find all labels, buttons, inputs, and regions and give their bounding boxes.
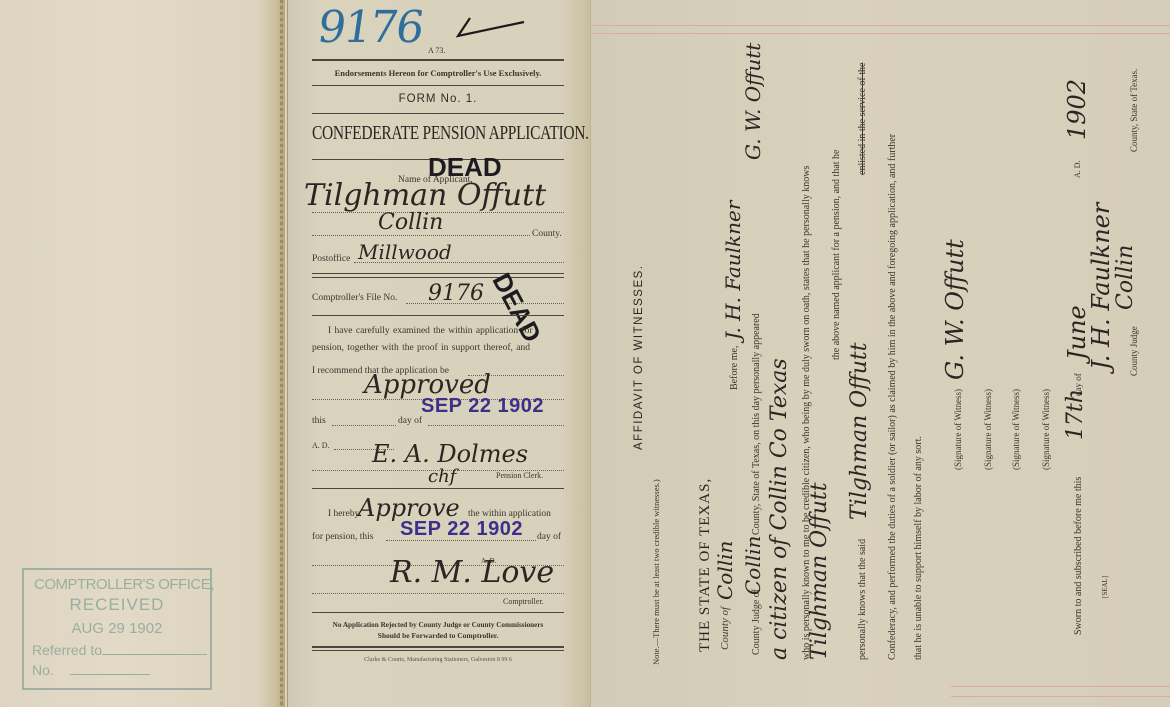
sworn-ad-label: A. D. — [1073, 160, 1082, 178]
before-me-label: Before me, — [729, 346, 740, 390]
judge-county-value: Collin — [1113, 245, 1138, 310]
sworn-year-value: 1902 — [1063, 79, 1091, 140]
postoffice-value: Millwood — [358, 240, 452, 264]
witness-signature-label-3: (Signature of Witness) — [1011, 389, 1021, 470]
day-of-label-2: day of — [537, 532, 561, 542]
divider — [312, 277, 564, 278]
divider — [312, 59, 564, 61]
county-label: County. — [532, 229, 562, 239]
ad-label: A. D. — [312, 441, 330, 450]
stamp-no-line — [70, 674, 150, 675]
file-no-line — [406, 303, 564, 304]
witness-signature-label-1: (Signature of Witness) — [953, 389, 963, 470]
stamp-referred-line — [102, 654, 207, 655]
county-judge-of-label: County Judge of — [751, 589, 762, 655]
examined-text-line2: pension, together with the proof in supp… — [312, 343, 530, 353]
seal-label: [SEAL] — [1101, 576, 1109, 598]
witness-signature-label-4: (Signature of Witness) — [1041, 389, 1051, 470]
comptroller-signature-line — [312, 593, 564, 594]
judge-signature: J. H. Faulkner — [1087, 203, 1115, 370]
pension-clerk-label: Pension Clerk. — [496, 471, 543, 480]
state-heading: THE STATE OF TEXAS, — [697, 478, 714, 652]
postoffice-line — [354, 262, 564, 263]
file-no-label: Comptroller's File No. — [312, 293, 397, 303]
sworn-label: Sworn to and subscribed before me this — [1073, 477, 1084, 635]
comptroller-label: Comptroller. — [503, 597, 544, 606]
divider — [312, 612, 564, 613]
check-mark-icon — [456, 14, 528, 38]
before-me-value: J. H. Faulkner — [721, 201, 745, 340]
applicant-name: Tilghman Offutt — [304, 178, 546, 213]
stamp-referred-label: Referred to — [32, 642, 102, 658]
approve-date-stamp: SEP 22 1902 — [400, 518, 523, 541]
divider — [312, 85, 564, 86]
margin-rule — [591, 25, 1170, 26]
pension-clerk-sub: chf — [428, 466, 456, 487]
stamp-office-label: COMPTROLLER'S OFFICE, — [34, 576, 214, 593]
county-judge-label: County Judge — [1129, 326, 1139, 376]
margin-rule — [951, 696, 1170, 697]
county-state-appeared-label: County, State of Texas, on this day pers… — [751, 313, 762, 535]
sworn-day-value: 17th — [1063, 389, 1088, 440]
affidavit-panel: AFFIDAVIT OF WITNESSES. Note.—There must… — [590, 0, 1170, 707]
pension-clerk-signature: E. A. Dolmes — [372, 440, 528, 468]
postoffice-label: Postoffice — [312, 254, 350, 264]
divider — [312, 646, 564, 648]
personally-know-label: personally knows that the said — [857, 539, 868, 660]
handwritten-file-number: 9176 — [314, 2, 425, 53]
for-pension-label: for pension, this — [312, 532, 373, 542]
confederacy-line: Confederacy, and performed the duties of… — [887, 134, 898, 660]
unable-line: that he is unable to support himself by … — [913, 436, 924, 660]
county-judge-of-value: Collin — [741, 536, 765, 595]
above-named-line: the above named applicant for a pension,… — [831, 150, 842, 360]
stamp-no-row: No. — [32, 662, 150, 678]
witness-signature-label-2: (Signature of Witness) — [983, 389, 993, 470]
citizen-line: a citizen of Collin Co Texas — [767, 358, 792, 660]
divider — [312, 650, 564, 651]
received-stamp: COMPTROLLER'S OFFICE, RECEIVED AUG 29 19… — [22, 568, 212, 690]
affidavit-heading: AFFIDAVIT OF WITNESSES. — [633, 264, 645, 450]
county-state-texas-label: County, State of Texas. — [1129, 69, 1139, 152]
county-of-value: Collin — [713, 541, 737, 600]
this-label: this — [312, 416, 326, 426]
said-value: Tilghman Offutt — [847, 342, 872, 520]
county-line — [312, 235, 530, 236]
notice-line1: No Application Rejected by County Judge … — [312, 621, 564, 629]
divider — [312, 488, 564, 489]
stamp-no-label: No. — [32, 662, 54, 678]
document-back-panel: COMPTROLLER'S OFFICE, RECEIVED AUG 29 19… — [0, 0, 285, 707]
divider — [312, 113, 564, 114]
form-number: FORM No. 1. — [312, 93, 564, 105]
month-line — [428, 425, 564, 426]
endorsements-header: Endorsements Hereon for Comptroller's Us… — [312, 68, 564, 78]
day-line — [332, 425, 396, 426]
printer-imprint: Clarke & Courts, Manufacturing Stationer… — [312, 657, 564, 663]
divider — [312, 315, 564, 316]
struck-service-text: enlisted in the service of the — [857, 63, 868, 175]
county-of-label: County of — [719, 607, 731, 650]
divider — [312, 273, 564, 274]
form-title: CONFEDERATE PENSION APPLICATION. — [312, 122, 564, 145]
form-code: A 73. — [428, 46, 445, 55]
appeared-value: G. W. Offutt — [741, 43, 765, 160]
affidavit-note: Note.—There must be at least two credibl… — [651, 479, 661, 665]
examined-text-line1: I have carefully examined the within app… — [328, 326, 533, 336]
margin-rule — [591, 33, 1170, 34]
comptroller-signature: R. M. Love — [390, 555, 554, 590]
stamp-referred-row: Referred to — [32, 642, 207, 658]
hereby-label: I hereby — [328, 509, 359, 519]
notice-line2: Should be Forwarded to Comptroller. — [312, 631, 564, 640]
county-value: Collin — [378, 210, 443, 235]
known-name-value: Tilghman Offutt — [807, 482, 832, 660]
sworn-day-of-label: day of — [1073, 373, 1083, 396]
approval-date-stamp: SEP 22 1902 — [421, 395, 544, 418]
stamp-date: AUG 29 1902 — [24, 620, 210, 637]
pension-form-panel: 9176 A 73. Endorsements Hereon for Compt… — [287, 0, 590, 707]
stamp-received-label: RECEIVED — [24, 595, 210, 615]
witness-1-signature: G. W. Offutt — [941, 239, 969, 380]
margin-rule — [951, 686, 1170, 687]
day-of-label: day of — [398, 416, 422, 426]
